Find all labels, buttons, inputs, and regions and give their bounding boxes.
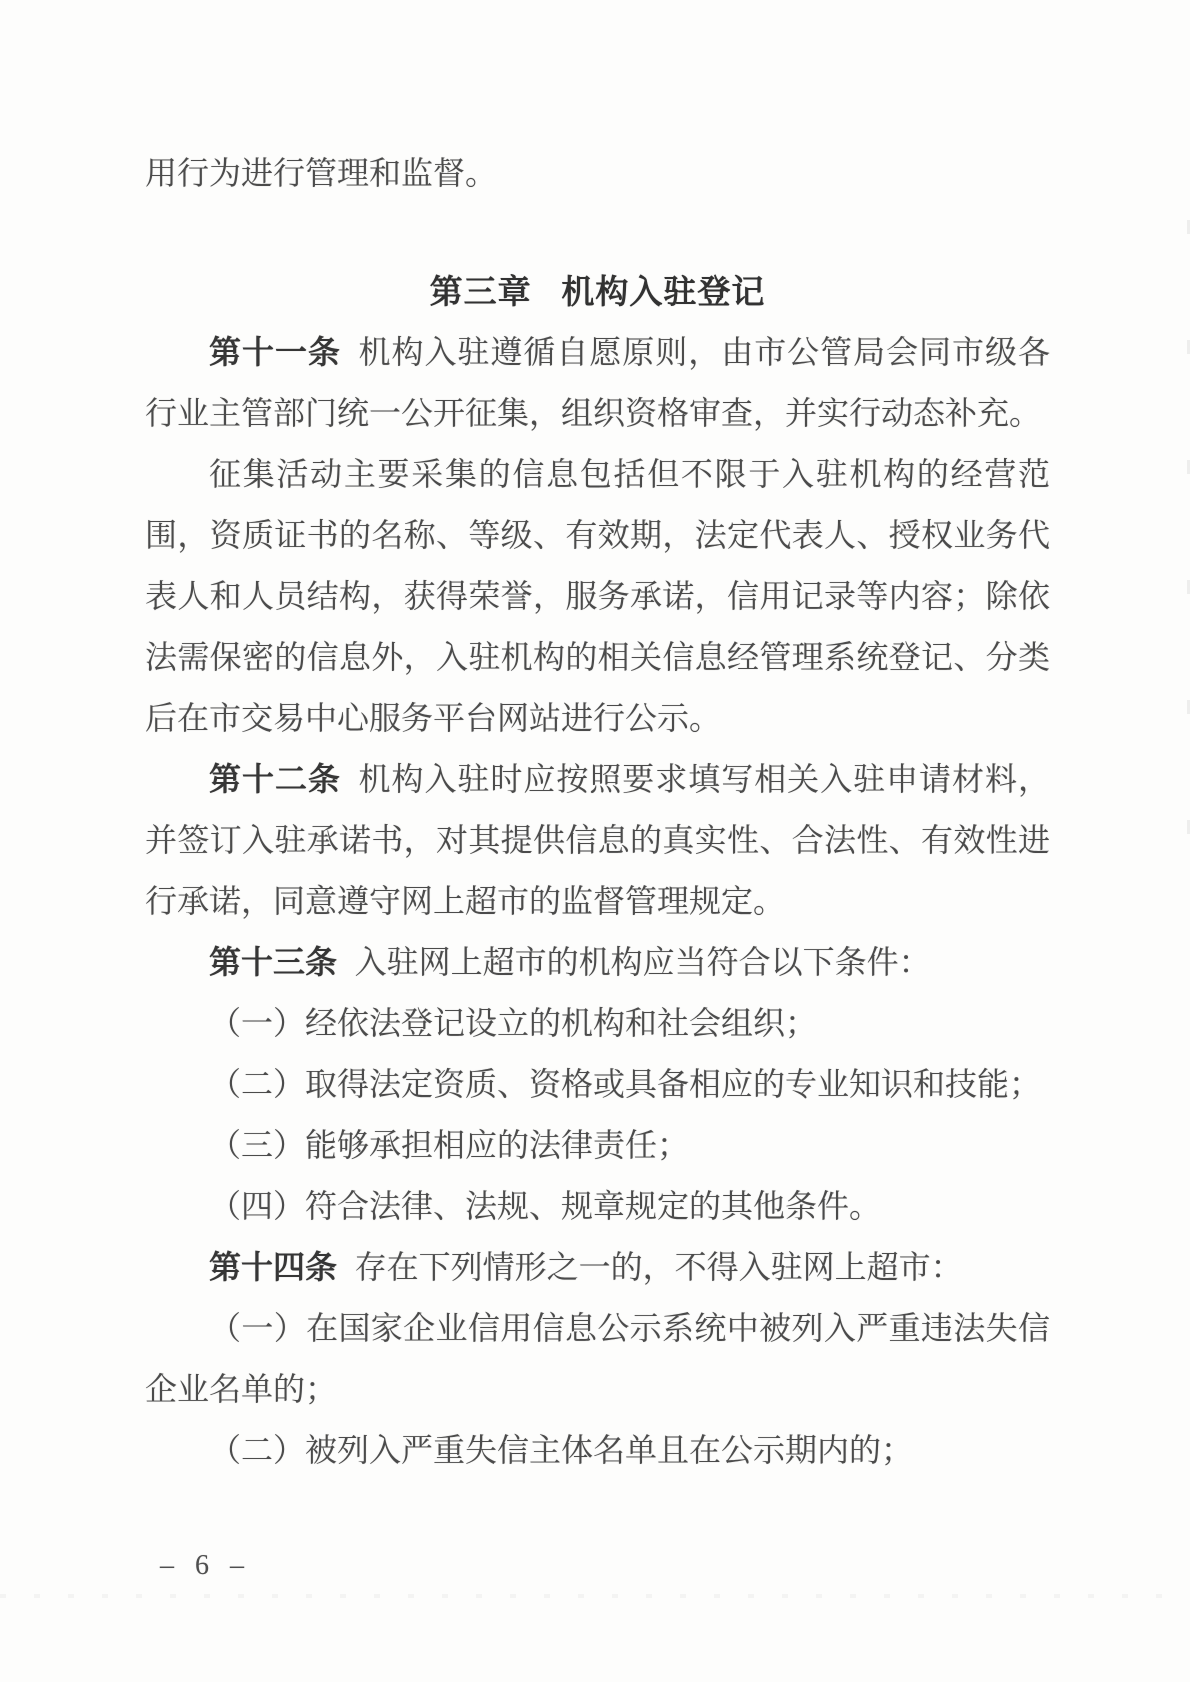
paragraph-article-12: 第十二条机构入驻时应按照要求填写相关入驻申请材料，并签订入驻承诺书，对其提供信息…	[145, 749, 1050, 932]
list-item-13-4: （四）符合法律、法规、规章规定的其他条件。	[145, 1176, 1050, 1237]
paragraph-collection-info: 征集活动主要采集的信息包括但不限于入驻机构的经营范围，资质证书的名称、等级、有效…	[145, 444, 1050, 749]
article-lead: 第十一条	[209, 334, 341, 370]
article-lead: 第十四条	[209, 1249, 337, 1285]
scan-noise-artifact	[0, 1594, 1190, 1598]
paragraph-text: （二）取得法定资质、资格或具备相应的专业知识和技能；	[209, 1066, 1041, 1102]
article-lead: 第十三条	[209, 944, 337, 980]
document-page: 用行为进行管理和监督。 第三章机构入驻登记 第十一条机构入驻遵循自愿原则，由市公…	[0, 0, 1190, 1682]
paragraph-text: （一）经依法登记设立的机构和社会组织；	[209, 1005, 817, 1041]
list-item-13-3: （三）能够承担相应的法律责任；	[145, 1115, 1050, 1176]
body-text: 用行为进行管理和监督。 第三章机构入驻登记 第十一条机构入驻遵循自愿原则，由市公…	[145, 143, 1050, 1481]
chapter-heading: 第三章机构入驻登记	[145, 261, 1050, 322]
list-item-14-2: （二）被列入严重失信主体名单且在公示期内的；	[145, 1420, 1050, 1481]
list-item-13-1: （一）经依法登记设立的机构和社会组织；	[145, 993, 1050, 1054]
paragraph-text: （二）被列入严重失信主体名单且在公示期内的；	[209, 1432, 913, 1468]
chapter-title: 机构入驻登记	[561, 273, 765, 310]
article-lead: 第十二条	[209, 761, 341, 797]
paragraph-article-11: 第十一条机构入驻遵循自愿原则，由市公管局会同市级各行业主管部门统一公开征集，组织…	[145, 322, 1050, 444]
paragraph-article-13: 第十三条入驻网上超市的机构应当符合以下条件：	[145, 932, 1050, 993]
paragraph-text: （四）符合法律、法规、规章规定的其他条件。	[209, 1188, 881, 1224]
paragraph-text: 征集活动主要采集的信息包括但不限于入驻机构的经营范围，资质证书的名称、等级、有效…	[145, 456, 1050, 736]
list-item-14-1: （一）在国家企业信用信息公示系统中被列入严重违法失信企业名单的；	[145, 1298, 1050, 1420]
paragraph-text: 存在下列情形之一的，不得入驻网上超市：	[355, 1249, 963, 1285]
chapter-number: 第三章	[430, 273, 532, 310]
list-item-13-2: （二）取得法定资质、资格或具备相应的专业知识和技能；	[145, 1054, 1050, 1115]
paragraph-article-14: 第十四条存在下列情形之一的，不得入驻网上超市：	[145, 1237, 1050, 1298]
paragraph-text: （一）在国家企业信用信息公示系统中被列入严重违法失信企业名单的；	[145, 1310, 1050, 1407]
page-number: – 6 –	[160, 1550, 251, 1582]
paragraph-text: 入驻网上超市的机构应当符合以下条件：	[355, 944, 931, 980]
paragraph-text: （三）能够承担相应的法律责任；	[209, 1127, 689, 1163]
continuation-paragraph: 用行为进行管理和监督。	[145, 143, 1050, 204]
